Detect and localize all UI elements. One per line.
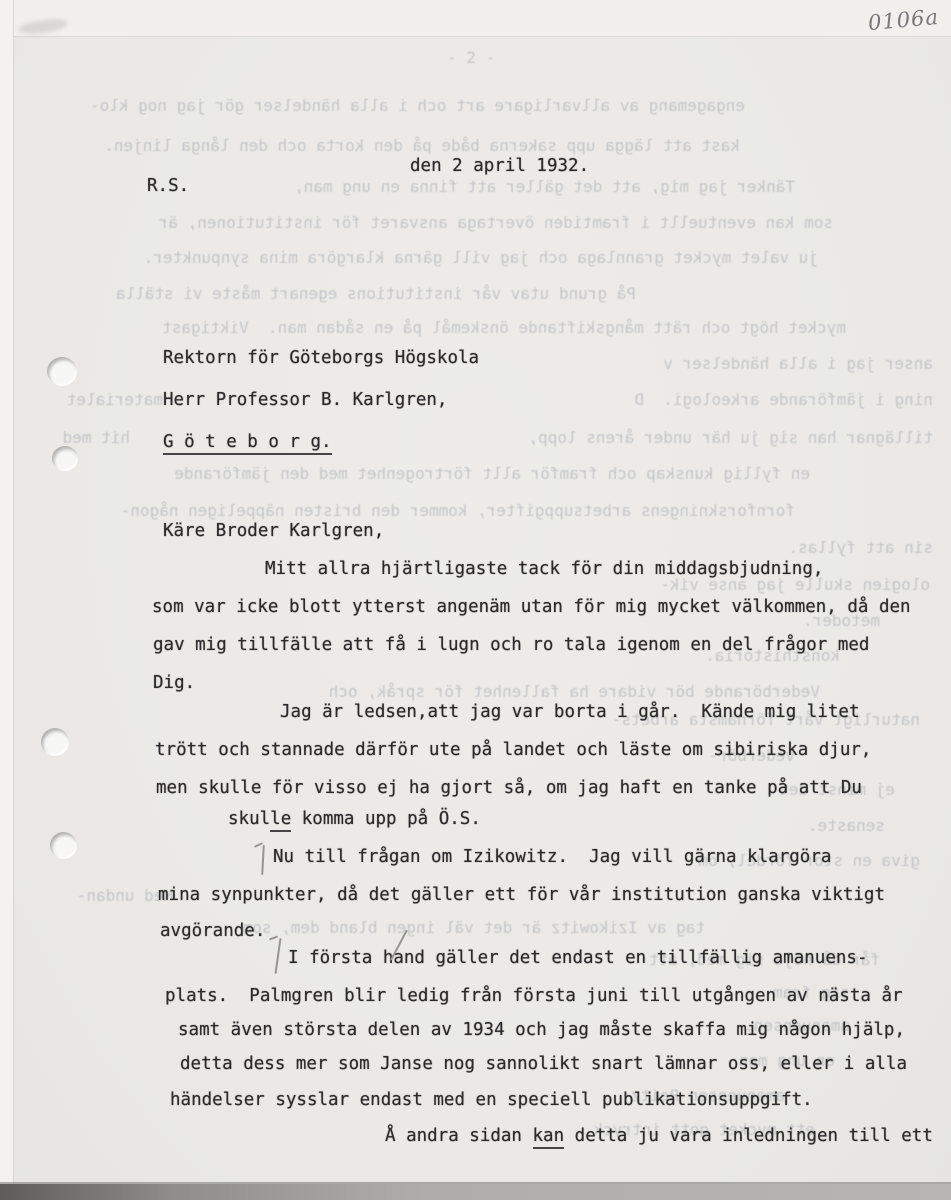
salutation: Käre Broder Karlgren, <box>163 523 384 541</box>
pencil-mark <box>275 938 282 974</box>
scan-bottom-strip <box>0 1184 951 1200</box>
page-number-faint: - 2 - <box>447 48 495 67</box>
bleedthrough-line: anser jag i alla händelser v <box>640 356 933 372</box>
body-line: men skulle för visso ej ha gjort så, om … <box>156 780 862 798</box>
bleedthrough-line: ologien skulle jag anse vik- <box>655 577 930 593</box>
bleedthrough-line: sin att fyllas. <box>788 540 933 556</box>
bleedthrough-line: en fyllig kunskap och framför allt förtr… <box>160 466 810 482</box>
letter-scan-page: engagemang av allvarligare art och i all… <box>0 0 951 1200</box>
bleedthrough-line: mycket högt och rätt mångskiftande önske… <box>58 320 846 336</box>
scan-top-edge <box>0 0 951 37</box>
body-line: I första hand gäller det endast en tillf… <box>288 950 867 968</box>
body-line: gav mig tillfälle att få i lugn och ro t… <box>153 637 869 655</box>
bleedthrough-line: hit med <box>58 430 130 446</box>
bleedthrough-line: Vederbörande bör vidare ha fallenhet för… <box>310 684 820 700</box>
punch-hole <box>41 728 69 756</box>
recipient-line-1: Rektorn för Göteborgs Högskola <box>163 350 479 368</box>
scan-left-edge <box>0 0 14 1200</box>
body-text: Å andra sidan <box>385 1126 533 1146</box>
body-line: Dig. <box>153 675 195 693</box>
body-line: Jag är ledsen,att jag var borta i går. K… <box>280 704 859 722</box>
recipient-line-2: Herr Professor B. Karlgren, <box>163 392 447 410</box>
date-line: den 2 april 1932. <box>410 158 589 176</box>
punch-hole <box>50 832 77 859</box>
body-text: komma upp på Ö.S. <box>291 809 481 829</box>
body-line: avgörande. <box>160 923 265 941</box>
bleedthrough-line: ju valet mycket grannlaga och jag vill g… <box>60 250 818 266</box>
body-line: mina synpunkter, då det gäller ett för v… <box>158 887 885 905</box>
sender-initials: R.S. <box>147 178 189 196</box>
recipient-city-underlined: G ö t e b o r g. <box>163 432 332 455</box>
bleedthrough-line: som kan eventuellt i framtiden övertaga … <box>58 215 833 231</box>
bleedthrough-line: senaste. <box>795 818 885 834</box>
bleedthrough-line: engagemang av allvarligare art och i all… <box>65 98 745 114</box>
body-text: skul <box>228 809 270 829</box>
bleedthrough-line: tag av Izikowitz är det väl ingen bland … <box>235 920 705 936</box>
body-line: skulle komma upp på Ö.S. <box>228 811 481 829</box>
bleedthrough-line: ning i jämförande arkeologi. D <box>618 392 933 408</box>
punch-hole <box>47 357 77 386</box>
recipient-city: G ö t e b o r g. <box>163 434 332 452</box>
body-line: som var icke blott ytterst angenäm utan … <box>152 599 911 617</box>
underlined-text: kan <box>533 1126 565 1149</box>
body-line: Å andra sidan kan detta ju vara inlednin… <box>385 1128 933 1146</box>
body-line: plats. Palmgren blir ledig från första j… <box>165 988 903 1006</box>
body-line: Mitt allra hjärtligaste tack för din mid… <box>265 561 823 579</box>
pencil-mark <box>261 845 265 875</box>
bleedthrough-line: Med undan- <box>58 888 173 904</box>
bleedthrough-line: materialet <box>58 392 163 408</box>
body-line: Nu till frågan om Izikowitz. Jag vill gä… <box>273 849 831 867</box>
body-line: samt även största delen av 1934 och jag … <box>178 1022 905 1040</box>
underlined-text: le <box>270 809 291 832</box>
bleedthrough-line: kast att lägga upp sakerna både på den k… <box>95 138 740 154</box>
bleedthrough-line: fornforskningens arbetsuppgifter, kommer… <box>95 503 795 519</box>
bleedthrough-line: Tänker jag mig, att det gäller att finna… <box>250 179 795 195</box>
body-text: detta ju vara inledningen till ett <box>564 1126 933 1146</box>
bleedthrough-line: tillägnar han sig ju här under årens lop… <box>498 430 933 446</box>
bleedthrough-line: På grund utav vår institutions egenart m… <box>58 286 636 302</box>
body-line: detta dess mer som Janse nog sannolikt s… <box>180 1056 907 1074</box>
punch-hole <box>52 446 78 471</box>
body-line: händelser sysslar endast med en speciell… <box>170 1092 813 1110</box>
body-line: trött och stannade därför ute på landet … <box>155 742 871 760</box>
